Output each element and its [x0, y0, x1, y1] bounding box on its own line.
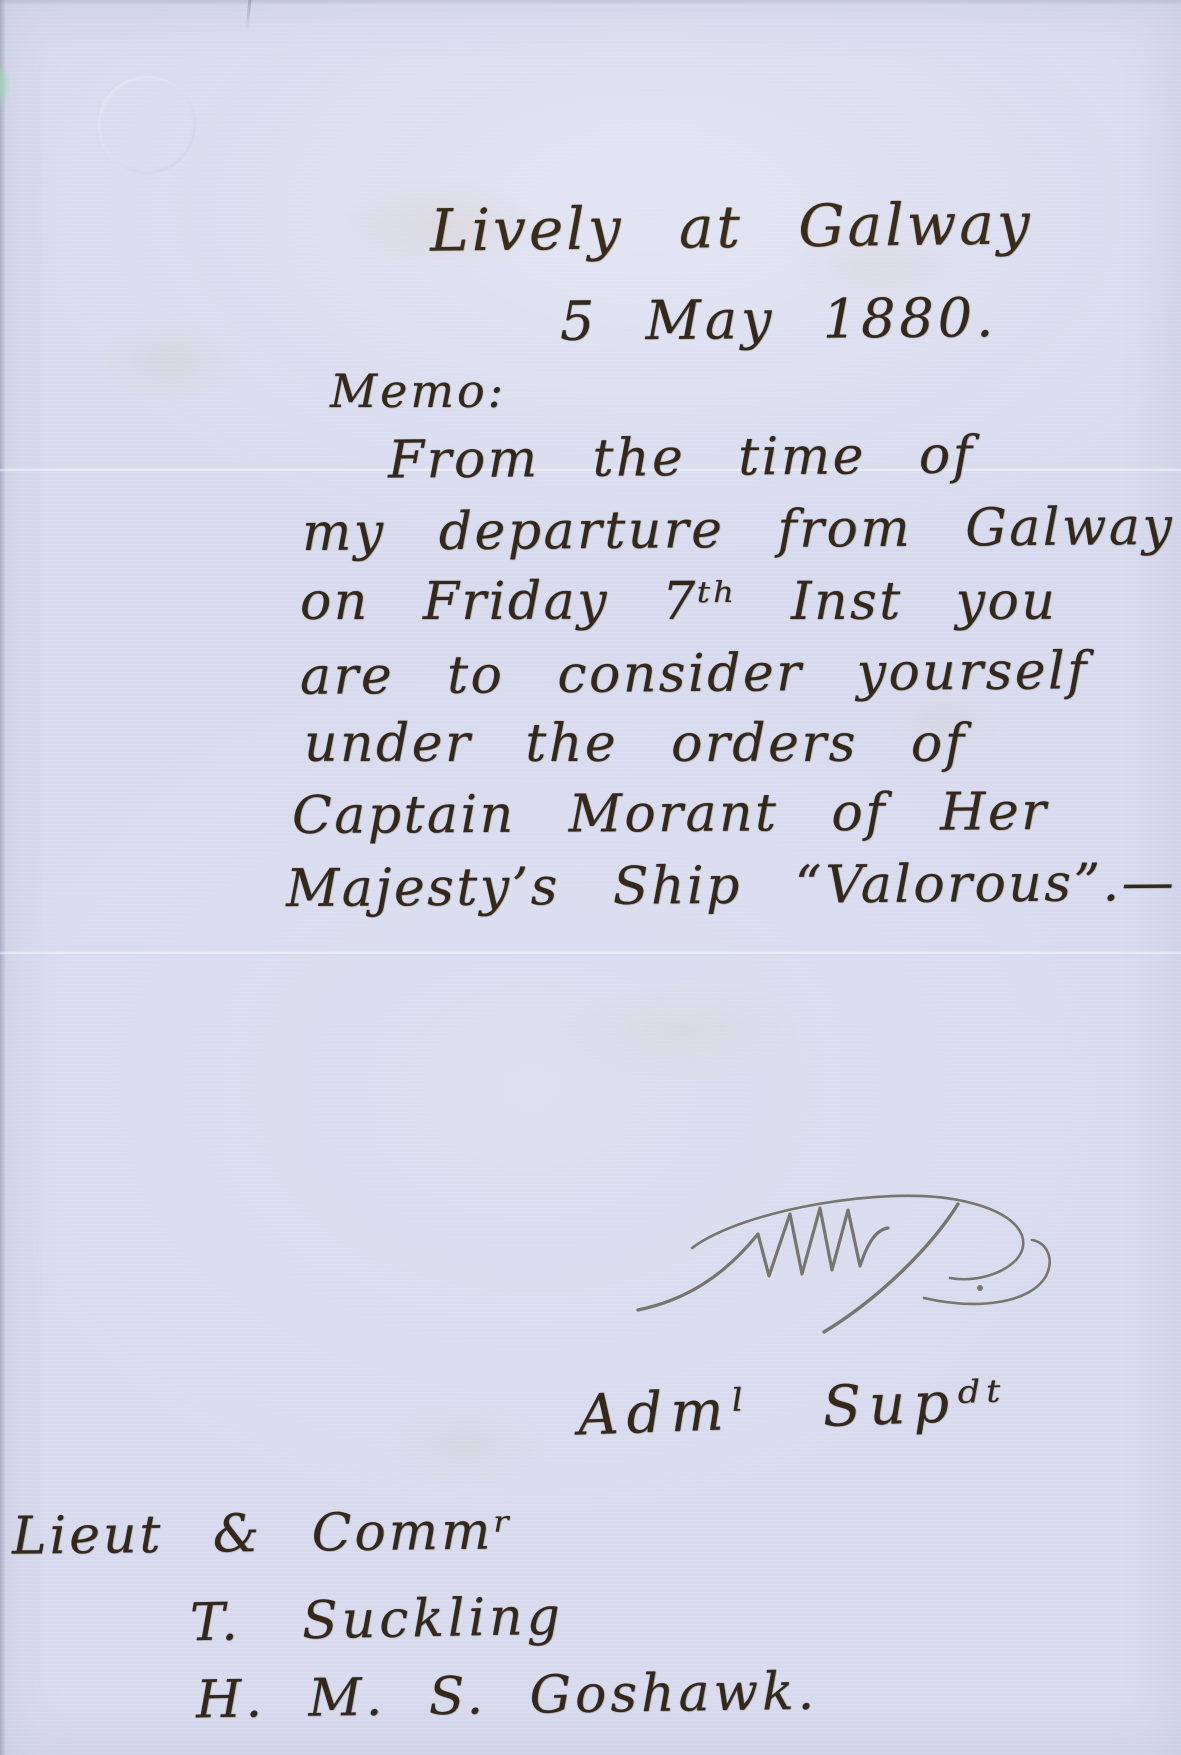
body-line: From the time of	[388, 427, 975, 489]
paper-left-edge-shadow	[0, 0, 6, 1755]
body-line: are to consider yourself	[300, 643, 1089, 706]
letter-heading-date: 5 May 1880.	[560, 288, 998, 351]
embossed-paper-stamp	[98, 76, 196, 174]
rank-line-admiral-superintendent: Admˡ Supᵈᵗ	[577, 1370, 1010, 1447]
signature-scrawl	[628, 1178, 1060, 1346]
fold-line-lower	[0, 951, 1181, 955]
memo-label: Memo:	[330, 366, 506, 417]
foxing-smudge	[560, 980, 800, 1080]
foxing-smudge	[380, 1400, 550, 1486]
scanned-letter-photo: { "letter": { "place_line": "Lively at G…	[0, 0, 1181, 1755]
body-line: my departure from Galway	[302, 499, 1175, 562]
letter-page: Lively at Galway 5 May 1880. Memo: From …	[0, 0, 1181, 1755]
addressee-rank-line: Lieut & Commʳ	[12, 1503, 515, 1565]
green-edge-stain	[0, 62, 10, 108]
foxing-smudge	[96, 318, 246, 402]
letter-heading-place: Lively at Galway	[430, 192, 1033, 263]
body-line: Majesty’s Ship “Valorous”.—	[286, 855, 1176, 918]
body-line: Captain Morant of Her	[292, 784, 1049, 845]
signature-flourish-drawing	[628, 1178, 1060, 1346]
body-line: under the orders of	[304, 716, 966, 773]
addressee-ship-line: H. M. S. Goshawk.	[196, 1664, 819, 1730]
body-line: on Friday 7ᵗʰ Inst you	[300, 574, 1057, 631]
paper-top-edge-shadow	[0, 0, 1181, 5]
addressee-name-line: T. Suckling	[190, 1589, 565, 1653]
